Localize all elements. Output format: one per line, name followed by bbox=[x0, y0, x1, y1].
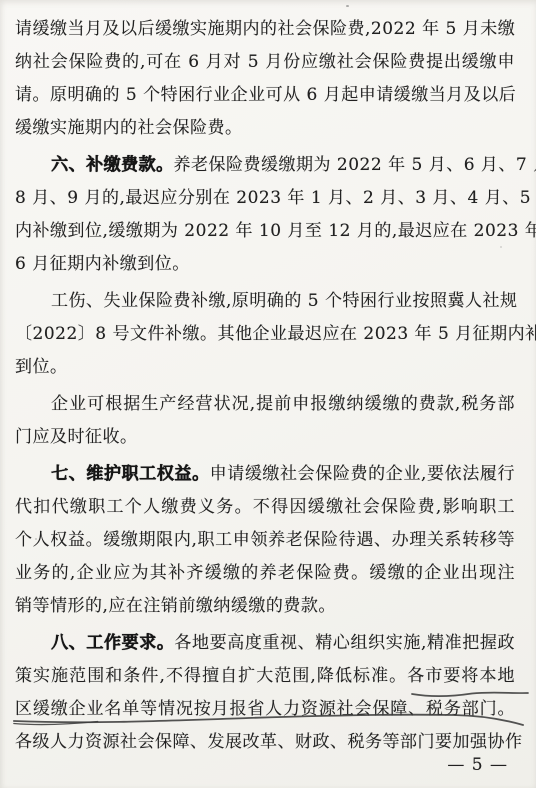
document-body: 请缓缴当月及以后缓缴实施期内的社会保险费,2022 年 5 月未缴纳社会保险费的… bbox=[0, 0, 536, 759]
scan-speck bbox=[35, 538, 37, 540]
scan-speck bbox=[500, 246, 502, 248]
text-line: 各级人力资源社会保障、发展改革、财政、税务等部门要加强协作 bbox=[15, 726, 515, 759]
text-line: 企业可根据生产经营状况,提前申报缴纳缓缴的费款,税务部 bbox=[15, 388, 515, 421]
text-line: 8 月、9 月的,最迟应分别在 2023 年 1 月、2 月、3 月、4 月、5… bbox=[15, 182, 515, 215]
text-line: 业务的,企业应为其补齐缓缴的养老保险费。缓缴的企业出现注 bbox=[15, 557, 515, 590]
text-run: 企业可根据生产经营状况,提前申报缴纳缓缴的费款,税务部 bbox=[51, 394, 515, 414]
para-section-8: 八、工作要求。各地要高度重视、精心组织实施,精准把握政策实施范围和条件,不得擅自… bbox=[15, 627, 515, 759]
text-run: 工伤、失业保险费补缴,原明确的 5 个特困行业按照冀人社规 bbox=[51, 291, 518, 311]
para-supplement-rules: 工伤、失业保险费补缴,原明确的 5 个特困行业按照冀人社规〔2022〕8 号文件… bbox=[15, 285, 515, 384]
text-run: 纳社会保险费的,可在 6 月对 5 月份应缴社会保险费提出缓缴申 bbox=[15, 52, 515, 72]
text-line: 八、工作要求。各地要高度重视、精心组织实施,精准把握政 bbox=[15, 627, 515, 660]
text-line: 策实施范围和条件,不得擅自扩大范围,降低标准。各市要将本地 bbox=[15, 660, 515, 693]
para-early-payment: 企业可根据生产经营状况,提前申报缴纳缓缴的费款,税务部门应及时征收。 bbox=[15, 388, 515, 454]
text-run: 8 月、9 月的,最迟应分别在 2023 年 1 月、2 月、3 月、4 月、5… bbox=[15, 188, 536, 208]
document-page: 请缓缴当月及以后缓缴实施期内的社会保险费,2022 年 5 月未缴纳社会保险费的… bbox=[0, 0, 536, 788]
text-line: 七、维护职工权益。申请缓缴社会保险费的企业,要依法履行 bbox=[15, 458, 515, 491]
text-run: 6 月征期内补缴到位。 bbox=[15, 254, 190, 274]
text-run: 请。原明确的 5 个特困行业企业可从 6 月起申请缓缴当月及以后 bbox=[15, 85, 516, 105]
scan-speck bbox=[346, 5, 349, 7]
text-run: 养老保险费缓缴期为 2022 年 5 月、6 月、7 月、 bbox=[174, 155, 536, 175]
text-run: 代扣代缴职工个人缴费义务。不得因缓缴社会保险费,影响职工 bbox=[15, 497, 515, 517]
text-run: 销等情形的,应在注销前缴纳缓缴的费款。 bbox=[15, 596, 336, 616]
text-line: 六、补缴费款。养老保险费缓缴期为 2022 年 5 月、6 月、7 月、 bbox=[15, 149, 515, 182]
text-line: 到位。 bbox=[15, 351, 515, 384]
text-line: 区缓缴企业名单等情况按月报省人力资源社会保障、税务部门。 bbox=[15, 693, 515, 726]
text-run: 申请缓缴社会保险费的企业,要依法履行 bbox=[210, 464, 515, 484]
text-run: 〔2022〕8 号文件补缴。其他企业最迟应在 2023 年 5 月征期内补缴 bbox=[15, 324, 536, 344]
para-section-6: 六、补缴费款。养老保险费缓缴期为 2022 年 5 月、6 月、7 月、8 月、… bbox=[15, 149, 515, 281]
section-heading: 六、补缴费款。 bbox=[51, 155, 174, 175]
section-heading: 八、工作要求。 bbox=[51, 633, 174, 653]
text-run: 到位。 bbox=[15, 357, 68, 377]
text-line: 〔2022〕8 号文件补缴。其他企业最迟应在 2023 年 5 月征期内补缴 bbox=[15, 318, 515, 351]
text-line: 个人权益。缓缴期限内,职工申领养老保险待遇、办理关系转移等 bbox=[15, 524, 515, 557]
text-line: 请。原明确的 5 个特困行业企业可从 6 月起申请缓缴当月及以后 bbox=[15, 79, 515, 112]
text-line: 销等情形的,应在注销前缴纳缓缴的费款。 bbox=[15, 590, 515, 623]
underlined-text: 各市要将本地 bbox=[407, 666, 515, 686]
text-line: 门应及时征收。 bbox=[15, 421, 515, 454]
para-section-7: 七、维护职工权益。申请缓缴社会保险费的企业,要依法履行代扣代缴职工个人缴费义务。… bbox=[15, 458, 515, 623]
para-continuation: 请缓缴当月及以后缓缴实施期内的社会保险费,2022 年 5 月未缴纳社会保险费的… bbox=[15, 13, 515, 145]
text-line: 代扣代缴职工个人缴费义务。不得因缓缴社会保险费,影响职工 bbox=[15, 491, 515, 524]
text-run: 个人权益。缓缴期限内,职工申领养老保险待遇、办理关系转移等 bbox=[15, 530, 515, 550]
text-line: 纳社会保险费的,可在 6 月对 5 月份应缴社会保险费提出缓缴申 bbox=[15, 46, 515, 79]
page-number: — 5 — bbox=[447, 750, 508, 780]
text-run: 内补缴到位,缓缴期为 2022 年 10 月至 12 月的,最迟应在 2023 … bbox=[15, 221, 536, 241]
text-run: 策实施范围和条件,不得擅自扩大范围,降低标准。 bbox=[15, 666, 407, 686]
text-run: 门应及时征收。 bbox=[15, 427, 138, 447]
text-run: 缓缴实施期内的社会保险费。 bbox=[15, 118, 243, 138]
text-run: 各地要高度重视、精心组织实施,精准把握政 bbox=[174, 633, 515, 653]
section-heading: 七、维护职工权益。 bbox=[51, 464, 210, 484]
text-line: 内补缴到位,缓缴期为 2022 年 10 月至 12 月的,最迟应在 2023 … bbox=[15, 215, 515, 248]
text-run: 各级人力资源社会保障、发展改革、财政、税务等部门要加强协作 bbox=[15, 732, 523, 752]
underlined-text: 区缓缴企业名单等情况按月报省人力资源社会保障、税务部门。 bbox=[15, 699, 515, 719]
text-line: 请缓缴当月及以后缓缴实施期内的社会保险费,2022 年 5 月未缴 bbox=[15, 13, 515, 46]
text-line: 6 月征期内补缴到位。 bbox=[15, 248, 515, 281]
text-run: 业务的,企业应为其补齐缓缴的养老保险费。缓缴的企业出现注 bbox=[15, 563, 515, 583]
text-line: 缓缴实施期内的社会保险费。 bbox=[15, 112, 515, 145]
text-run: 请缓缴当月及以后缓缴实施期内的社会保险费,2022 年 5 月未缴 bbox=[15, 19, 515, 39]
text-line: 工伤、失业保险费补缴,原明确的 5 个特困行业按照冀人社规 bbox=[15, 285, 515, 318]
